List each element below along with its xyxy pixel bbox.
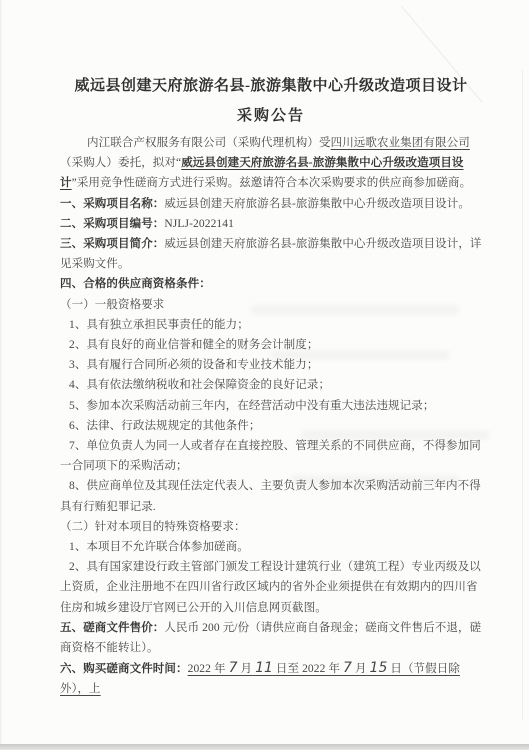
- general-requirement-item: 5、参加本次采购活动前三年内，在经营活动中没有重大违法违规记录；: [60, 396, 482, 416]
- intro-text: ”采用竞争性磋商方式进行采购。兹邀请符合本次采购要求的供应商参加磋商。: [72, 177, 472, 189]
- general-requirements-heading: （一）一般资格要求: [60, 295, 482, 315]
- section-project-name: 一、采购项目名称：威远县创建天府旅游名县-旅游集散中心升级改造项目设计。: [60, 194, 482, 214]
- document-title: 威远县创建天府旅游名县-旅游集散中心升级改造项目设计: [60, 76, 482, 96]
- section-label: 二、采购项目编号：: [60, 218, 164, 230]
- document-subtitle: 采购公告: [60, 106, 482, 126]
- section-project-brief: 三、采购项目简介：威远县创建天府旅游名县-旅游集散中心升级改造项目设计，详见采购…: [60, 234, 482, 274]
- general-requirement-item: 6、法律、行政法规规定的其他条件；: [60, 416, 482, 436]
- section-document-price: 五、磋商文件售价：人民币 200 元/份（请供应商自备现金；磋商文件售后不退，磋…: [60, 618, 482, 658]
- intro-text: （采购人）委托，拟对“: [60, 157, 181, 169]
- section-label: 一、采购项目名称：: [60, 198, 164, 210]
- document-body: 威远县创建天府旅游名县-旅游集散中心升级改造项目设计 采购公告 内江联合产权服务…: [0, 0, 529, 700]
- section-project-number: 二、采购项目编号：NJLJ-2022141: [60, 214, 482, 234]
- special-requirement-item: 2、具有国家建设行政主管部门颁发工程设计建筑行业（建筑工程）专业丙级及以上资质，…: [60, 557, 482, 618]
- general-requirement-item: 8、供应商单位及其现任法定代表人、主要负责人参加本次采购活动前三年内不得具有行贿…: [60, 476, 482, 516]
- date-text: 月: [240, 663, 252, 675]
- section-text: 威远县创建天府旅游名县-旅游集散中心升级改造项目设计。: [164, 198, 470, 210]
- intro-paragraph: 内江联合产权服务有限公司（采购代理机构）受四川远歌农业集团有限公司（采购人）委托…: [60, 133, 482, 194]
- section-purchase-time: 六、购买磋商文件时间：2022 年 7 月 11 日至 2022 年 7 月 1…: [60, 658, 482, 699]
- general-requirement-item: 3、具有履行合同所必须的设备和专业技术能力；: [60, 355, 482, 375]
- date-text: 月: [355, 663, 367, 675]
- date-text: 2022 年: [188, 663, 226, 675]
- section-label: 三、采购项目简介：: [60, 238, 164, 250]
- handwritten-month: 7: [229, 660, 238, 676]
- general-requirement-item: 7、单位负责人为同一人或者存在直接控股、管理关系的不同供应商，不得参加同一合同项…: [60, 436, 482, 476]
- scan-edge-bottom: [0, 744, 529, 750]
- section-label: 六、购买磋商文件时间：: [60, 663, 188, 675]
- general-requirement-item: 1、具有独立承担民事责任的能力；: [60, 315, 482, 335]
- general-requirement-item: 4、具有依法缴纳税收和社会保障资金的良好记录；: [60, 375, 482, 395]
- special-requirement-item: 1、本项目不允许联合体参加磋商。: [60, 537, 482, 557]
- special-requirements-heading: （二）针对本项目的特殊资格要求：: [60, 517, 482, 537]
- section-supplier-qualifications: 四、合格的供应商资格条件：: [60, 274, 482, 294]
- scan-edge-right: [522, 70, 523, 720]
- section-label: 四、合格的供应商资格条件：: [60, 278, 211, 290]
- date-text: 日至 2022 年: [276, 663, 340, 675]
- handwritten-day: 11: [255, 660, 273, 676]
- intro-text: 内江联合产权服务有限公司（采购代理机构）受: [87, 137, 331, 149]
- scan-edge-left: [0, 0, 2, 744]
- section-label: 五、磋商文件售价：: [60, 622, 164, 634]
- buyer-name: 四川远歌农业集团有限公司: [331, 137, 470, 149]
- section-text: NJLJ-2022141: [164, 218, 234, 230]
- general-requirement-item: 2、具有良好的商业信誉和健全的财务会计制度；: [60, 335, 482, 355]
- handwritten-month: 7: [343, 660, 352, 676]
- scanned-document-page: 威远县创建天府旅游名县-旅游集散中心升级改造项目设计 采购公告 内江联合产权服务…: [0, 0, 529, 750]
- handwritten-day: 15: [370, 660, 388, 676]
